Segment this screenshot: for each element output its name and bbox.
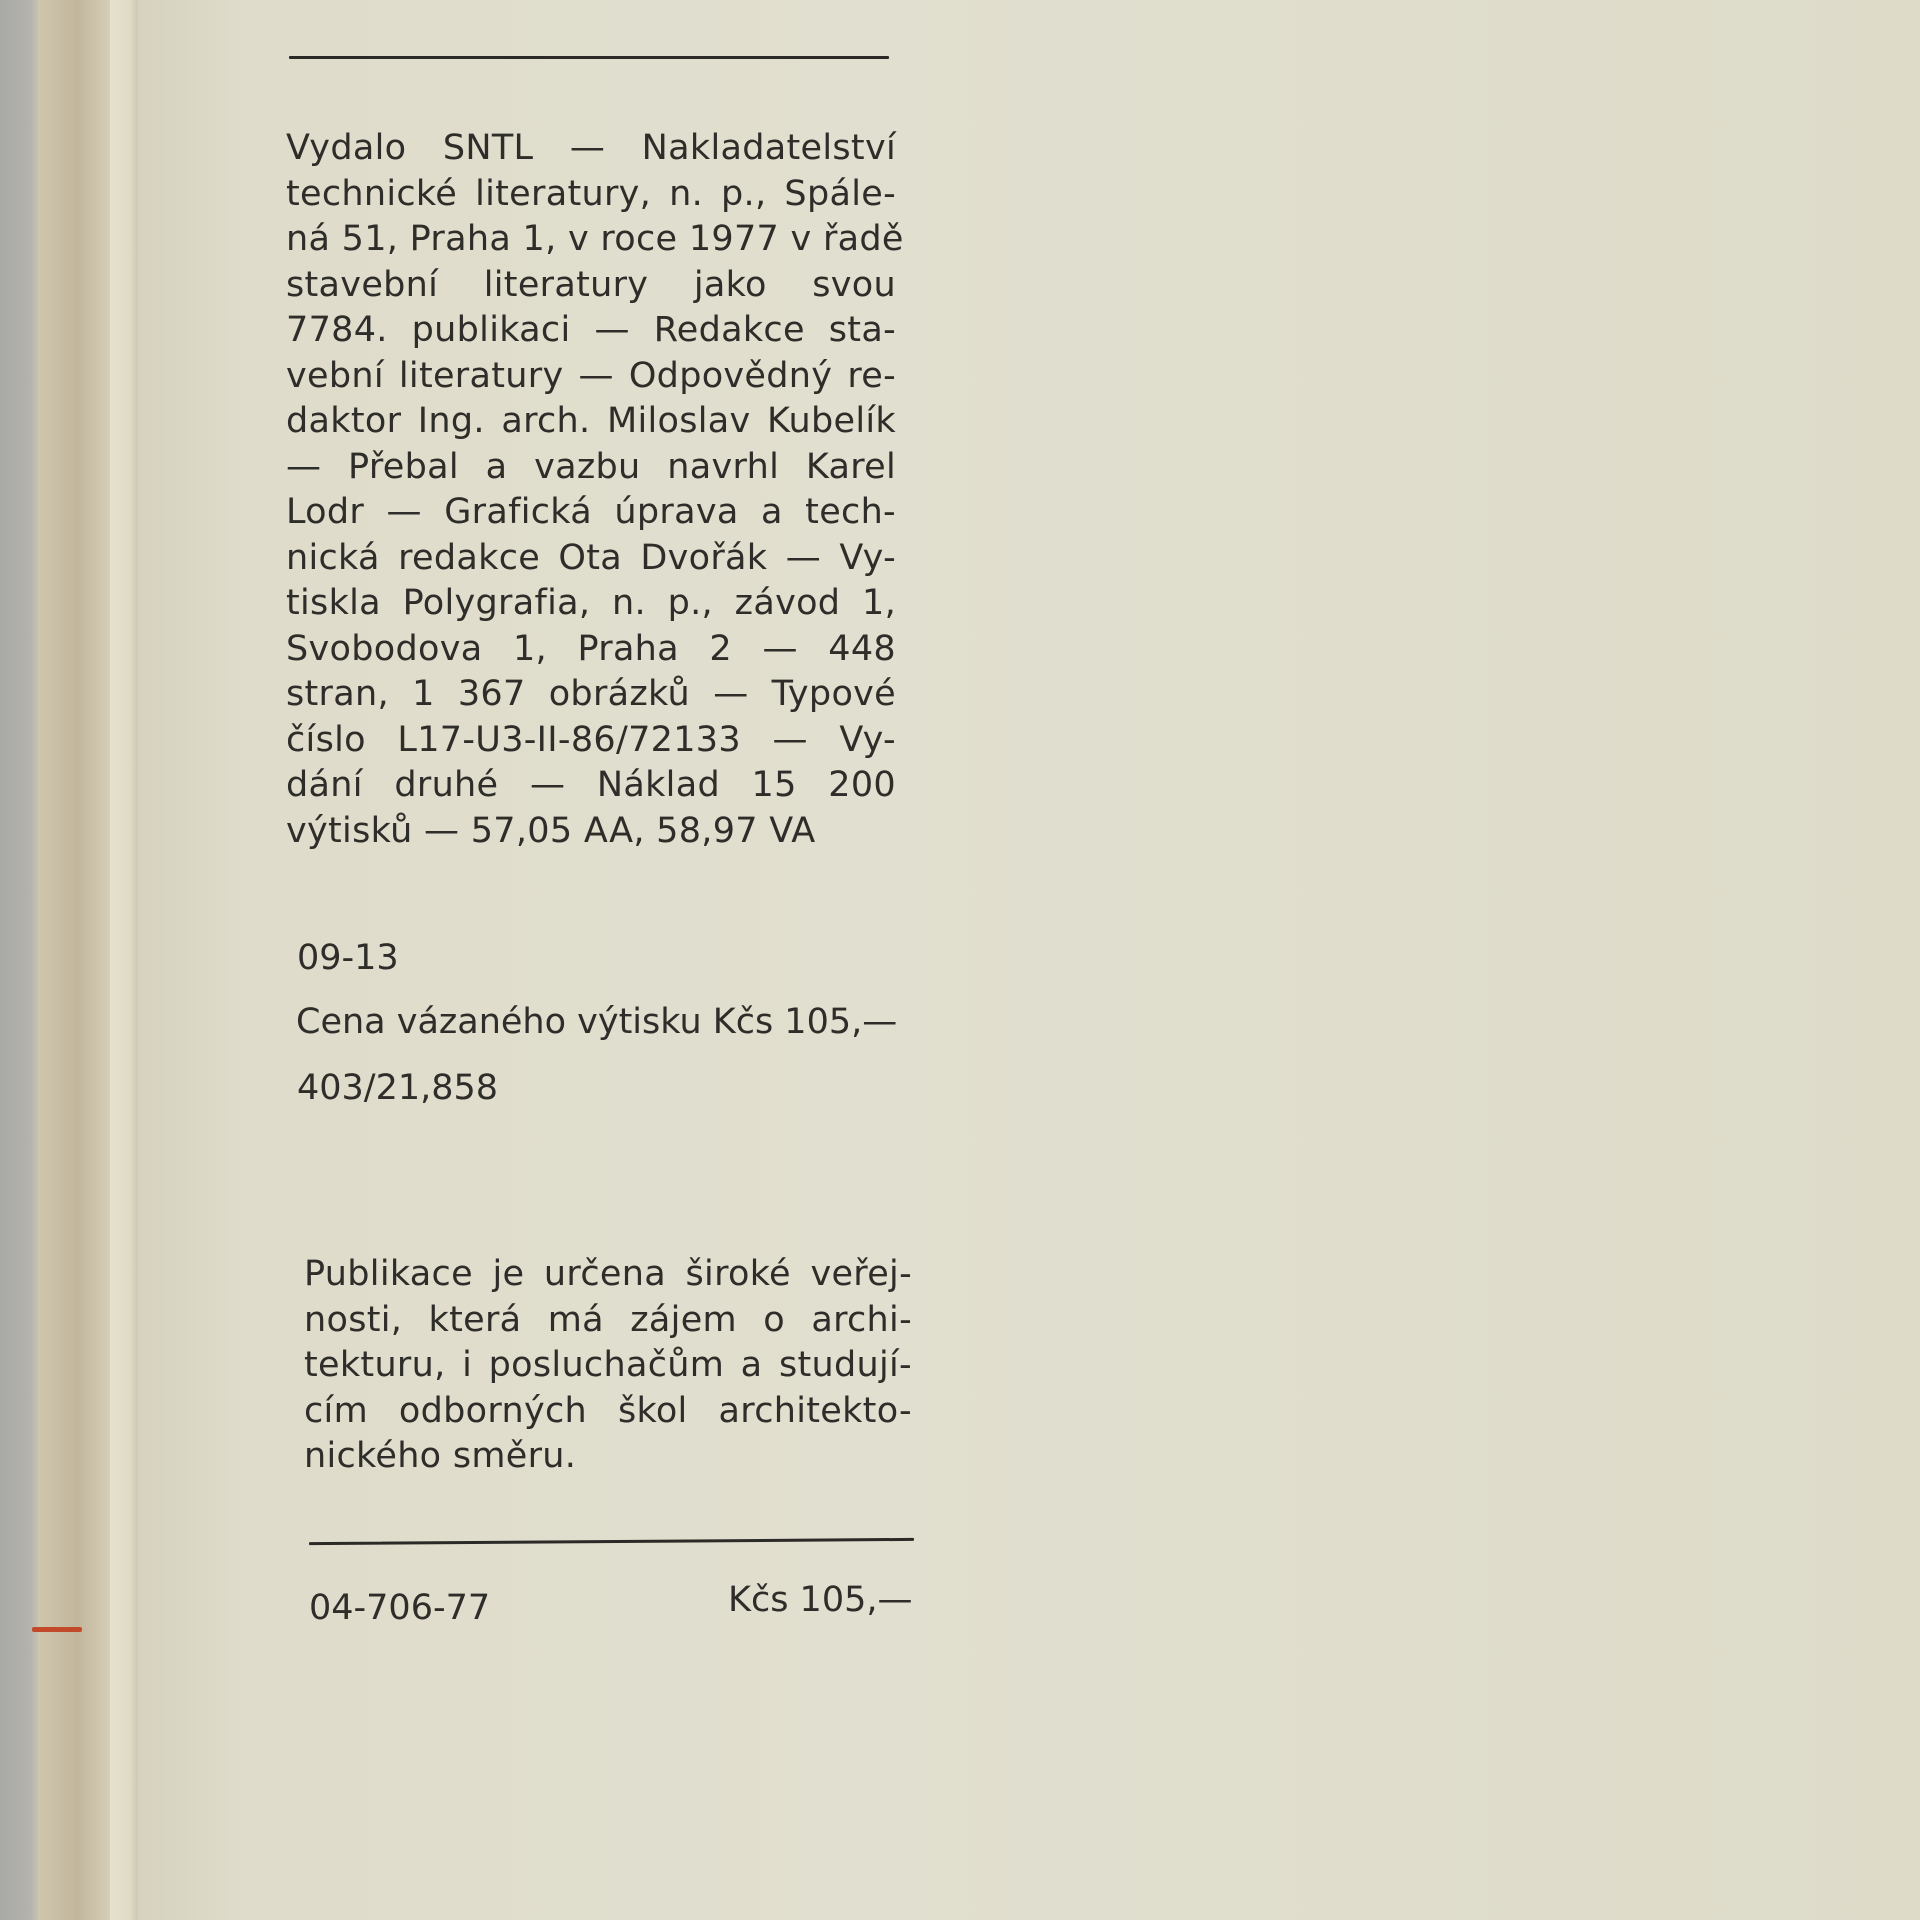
audience-line: cím odborných škol architekto- [304, 1389, 912, 1435]
audience-line: Publikace je určena široké veřej- [304, 1252, 912, 1298]
audience-line: tekturu, i posluchačům a studují- [304, 1343, 912, 1389]
imprint-line: ná 51, Praha 1, v roce 1977 v řadě [286, 217, 896, 263]
reference-number: 403/21,858 [297, 1068, 498, 1108]
bound-copy-price: Cena vázaného výtisku Kčs 105,— [296, 1002, 897, 1042]
imprint-line: Svobodova 1, Praha 2 — 448 [286, 627, 896, 673]
imprint-line: nická redakce Ota Dvořák — Vy- [286, 536, 896, 582]
imprint-line: výtisků — 57,05 AA, 58,97 VA [286, 809, 896, 855]
imprint-line: Lodr — Grafická úprava a tech- [286, 490, 896, 536]
bookmark-ribbon [32, 1627, 82, 1632]
imprint-line: vební literatury — Odpovědný re- [286, 354, 896, 400]
imprint-line: 7784. publikaci — Redakce sta- [286, 308, 896, 354]
page-stack-edge [110, 0, 139, 1920]
top-rule [289, 56, 889, 59]
imprint-line: stran, 1 367 obrázků — Typové [286, 672, 896, 718]
imprint-line: Vydalo SNTL — Nakladatelství [286, 126, 896, 172]
imprint-line: technické literatury, n. p., Spále- [286, 172, 896, 218]
imprint-line: — Přebal a vazbu navrhl Karel [286, 445, 896, 491]
category-code: 09-13 [297, 938, 399, 978]
imprint-line: tiskla Polygrafia, n. p., závod 1, [286, 581, 896, 627]
audience-line: nického směru. [304, 1434, 912, 1480]
order-number: 04-706-77 [309, 1588, 490, 1628]
imprint-line: stavební literatury jako svou [286, 263, 896, 309]
audience-line: nosti, která má zájem o archi- [304, 1298, 912, 1344]
book-spine-edge [38, 0, 110, 1920]
imprint-line: číslo L17-U3-II-86/72133 — Vy- [286, 718, 896, 764]
footer-price: Kčs 105,— [728, 1580, 913, 1620]
imprint-line: dání druhé — Náklad 15 200 [286, 763, 896, 809]
imprint-line: daktor Ing. arch. Miloslav Kubelík [286, 399, 896, 445]
audience-paragraph: Publikace je určena široké veřej- nosti,… [304, 1252, 912, 1480]
imprint-paragraph: Vydalo SNTL — Nakladatelství technické l… [286, 126, 896, 854]
background-surface [0, 0, 38, 1920]
